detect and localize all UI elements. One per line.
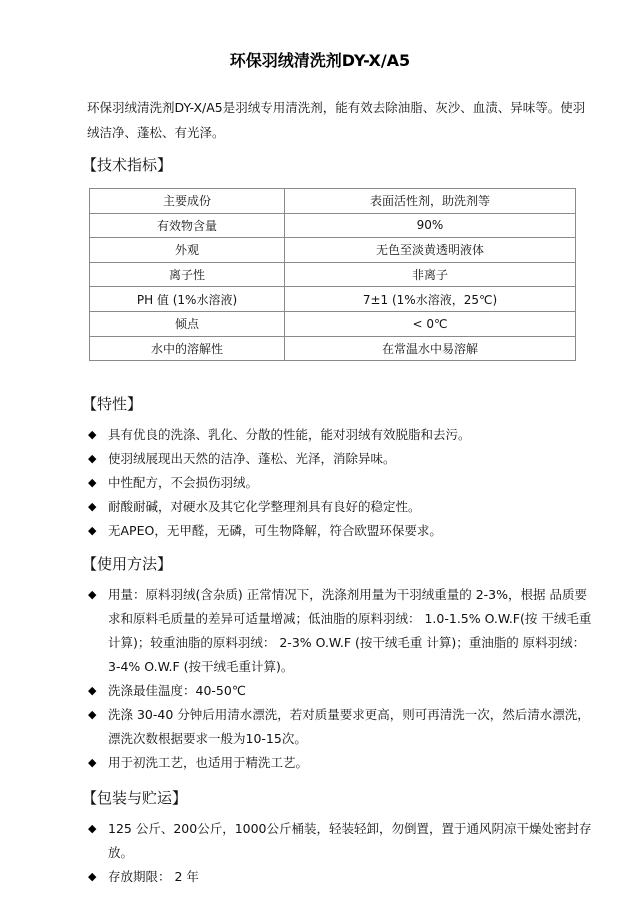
spec-value: 非离子 bbox=[285, 262, 576, 287]
diamond-bullet-icon: ◆ bbox=[88, 679, 96, 703]
spec-key: PH 值 (1%水溶液) bbox=[90, 287, 285, 312]
table-row: PH 值 (1%水溶液) 7±1 (1%水溶液，25℃) bbox=[90, 287, 576, 312]
diamond-bullet-icon: ◆ bbox=[88, 583, 96, 607]
list-item: ◆ 使羽绒展现出天然的洁净、蓬松、光泽，消除异味。 bbox=[88, 447, 608, 471]
table-row: 离子性 非离子 bbox=[90, 262, 576, 287]
table-row: 主要成份 表面活性剂，助洗剂等 bbox=[90, 189, 576, 214]
diamond-bullet-icon: ◆ bbox=[88, 817, 96, 841]
spec-value: 表面活性剂，助洗剂等 bbox=[285, 189, 576, 214]
diamond-bullet-icon: ◆ bbox=[88, 751, 96, 775]
document-page: 环保羽绒清洗剂DY-X/A5 环保羽绒清洗剂DY-X/A5是羽绒专用清洗剂，能有… bbox=[0, 0, 640, 904]
table-row: 水中的溶解性 在常温水中易溶解 bbox=[90, 336, 576, 361]
list-item: ◆ 洗涤最佳温度：40-50℃ bbox=[88, 679, 608, 703]
list-item-text: 用于初洗工艺，也适用于精洗工艺。 bbox=[108, 751, 608, 775]
spec-key: 水中的溶解性 bbox=[90, 336, 285, 361]
list-item: ◆ 125 公斤、200公斤，1000公斤桶装，轻装轻卸，勿倒置，置于通风阴凉干… bbox=[88, 817, 608, 865]
document-title: 环保羽绒清洗剂DY-X/A5 bbox=[0, 48, 640, 71]
list-item-text: 无APEO，无甲醛，无磷，可生物降解，符合欧盟环保要求。 bbox=[108, 519, 608, 543]
intro-paragraph: 环保羽绒清洗剂DY-X/A5是羽绒专用清洗剂，能有效去除油脂、灰沙、血渍、异味等… bbox=[87, 95, 587, 145]
spec-value: 7±1 (1%水溶液，25℃) bbox=[285, 287, 576, 312]
diamond-bullet-icon: ◆ bbox=[88, 703, 96, 727]
spec-key: 有效物含量 bbox=[90, 213, 285, 238]
spec-key: 外观 bbox=[90, 238, 285, 263]
list-item: ◆ 存放期限： 2 年 bbox=[88, 865, 608, 889]
packaging-list: ◆ 125 公斤、200公斤，1000公斤桶装，轻装轻卸，勿倒置，置于通风阴凉干… bbox=[88, 817, 608, 889]
list-item: ◆ 耐酸耐碱，对硬水及其它化学整理剂具有良好的稳定性。 bbox=[88, 495, 608, 519]
spec-key: 离子性 bbox=[90, 262, 285, 287]
spec-key: 主要成份 bbox=[90, 189, 285, 214]
spec-table: 主要成份 表面活性剂，助洗剂等 有效物含量 90% 外观 无色至淡黄透明液体 离… bbox=[89, 188, 576, 361]
list-item-text: 洗涤最佳温度：40-50℃ bbox=[108, 679, 608, 703]
list-item-text: 使羽绒展现出天然的洁净、蓬松、光泽，消除异味。 bbox=[108, 447, 608, 471]
spec-value: 90% bbox=[285, 213, 576, 238]
spec-value: < 0℃ bbox=[285, 311, 576, 336]
list-item: ◆ 无APEO，无甲醛，无磷，可生物降解，符合欧盟环保要求。 bbox=[88, 519, 608, 543]
diamond-bullet-icon: ◆ bbox=[88, 519, 96, 543]
table-row: 有效物含量 90% bbox=[90, 213, 576, 238]
list-item-text: 洗涤 30-40 分钟后用清水漂洗，若对质量要求更高，则可再清洗一次，然后清水漂… bbox=[108, 703, 608, 727]
list-item: ◆ 用量：原料羽绒(含杂质) 正常情况下，洗涤剂用量为干羽绒重量的 2-3%，根… bbox=[88, 583, 608, 679]
diamond-bullet-icon: ◆ bbox=[88, 495, 96, 519]
intro-line: 环保羽绒清洗剂DY-X/A5是羽绒专用清洗剂，能有效去除油脂、灰沙、血渍、异味等… bbox=[87, 95, 587, 120]
list-item-text: 3-4% O.W.F (按干绒毛重计算)。 bbox=[108, 655, 608, 679]
table-row: 倾点 < 0℃ bbox=[90, 311, 576, 336]
list-item-text: 125 公斤、200公斤，1000公斤桶装，轻装轻卸，勿倒置，置于通风阴凉干燥处… bbox=[108, 817, 608, 841]
list-item-text: 耐酸耐碱，对硬水及其它化学整理剂具有良好的稳定性。 bbox=[108, 495, 608, 519]
section-heading-features: 【特性】 bbox=[82, 393, 142, 414]
list-item-text: 存放期限： 2 年 bbox=[108, 865, 608, 889]
list-item: ◆ 具有优良的洗涤、乳化、分散的性能，能对羽绒有效脱脂和去污。 bbox=[88, 423, 608, 447]
spec-value: 无色至淡黄透明液体 bbox=[285, 238, 576, 263]
list-item-text: 漂洗次数根据要求一般为10-15次。 bbox=[108, 727, 608, 751]
list-item-text: 用量：原料羽绒(含杂质) 正常情况下，洗涤剂用量为干羽绒重量的 2-3%，根据 … bbox=[108, 583, 608, 607]
list-item-text: 放。 bbox=[108, 841, 608, 865]
list-item: ◆ 洗涤 30-40 分钟后用清水漂洗，若对质量要求更高，则可再清洗一次，然后清… bbox=[88, 703, 608, 751]
diamond-bullet-icon: ◆ bbox=[88, 423, 96, 447]
list-item-text: 计算)；较重油脂的原料羽绒： 2-3% O.W.F (按干绒毛重 计算)；重油脂… bbox=[108, 631, 608, 655]
list-item-text: 具有优良的洗涤、乳化、分散的性能，能对羽绒有效脱脂和去污。 bbox=[108, 423, 608, 447]
usage-list: ◆ 用量：原料羽绒(含杂质) 正常情况下，洗涤剂用量为干羽绒重量的 2-3%，根… bbox=[88, 583, 608, 775]
spec-value: 在常温水中易溶解 bbox=[285, 336, 576, 361]
diamond-bullet-icon: ◆ bbox=[88, 865, 96, 889]
list-item-text: 中性配方，不会损伤羽绒。 bbox=[108, 471, 608, 495]
diamond-bullet-icon: ◆ bbox=[88, 447, 96, 471]
list-item: ◆ 中性配方，不会损伤羽绒。 bbox=[88, 471, 608, 495]
features-list: ◆ 具有优良的洗涤、乳化、分散的性能，能对羽绒有效脱脂和去污。 ◆ 使羽绒展现出… bbox=[88, 423, 608, 543]
intro-line: 绒洁净、蓬松、有光泽。 bbox=[87, 120, 587, 145]
list-item: ◆ 用于初洗工艺，也适用于精洗工艺。 bbox=[88, 751, 608, 775]
section-heading-usage: 【使用方法】 bbox=[82, 553, 172, 574]
spec-key: 倾点 bbox=[90, 311, 285, 336]
diamond-bullet-icon: ◆ bbox=[88, 471, 96, 495]
table-row: 外观 无色至淡黄透明液体 bbox=[90, 238, 576, 263]
section-heading-packaging: 【包装与贮运】 bbox=[82, 787, 187, 808]
list-item-text: 求和原料毛质量的差异可适量增减；低油脂的原料羽绒： 1.0-1.5% O.W.F… bbox=[108, 607, 608, 631]
section-heading-specs: 【技术指标】 bbox=[82, 154, 172, 175]
